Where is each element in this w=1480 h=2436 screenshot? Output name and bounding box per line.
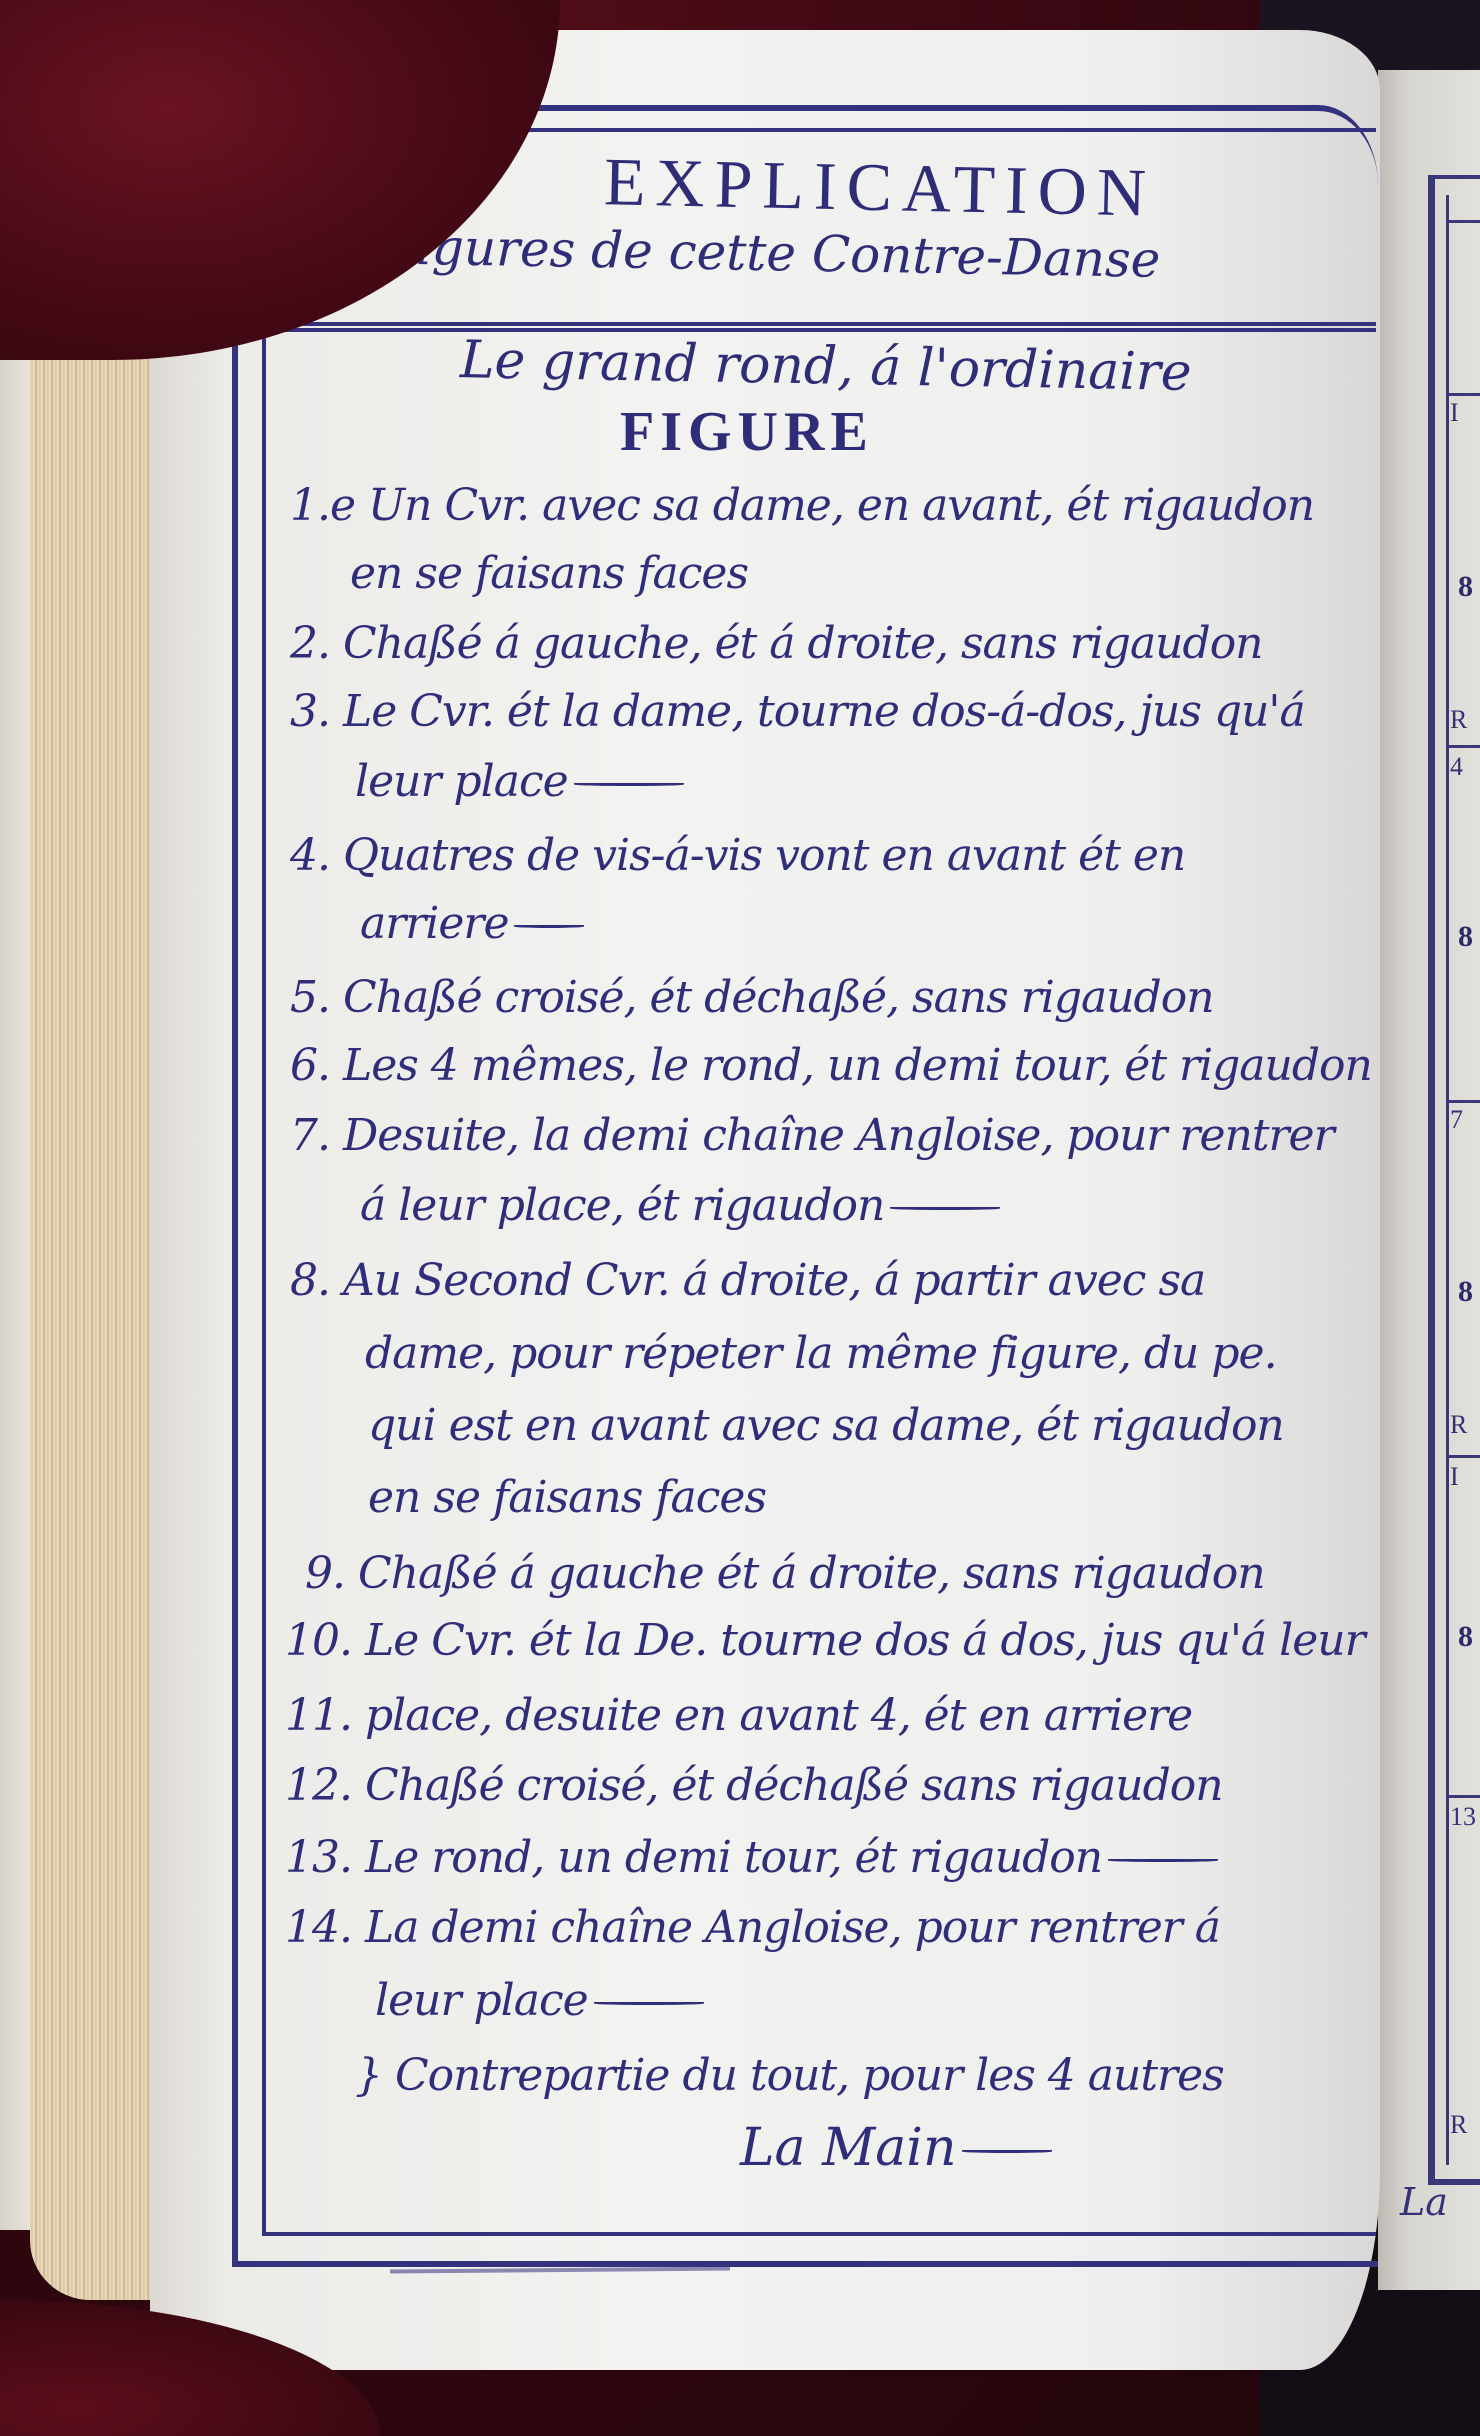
section-heading: FIGURE: [620, 400, 1020, 464]
list-item: dame, pour répeter la même figure, du pe…: [365, 1328, 1277, 1379]
facing-cell-label: 4: [1450, 752, 1463, 782]
closing-line: La Main: [740, 2118, 1052, 2178]
facing-cell-label: I: [1450, 398, 1459, 428]
list-item: } Contrepartie du tout, pour les 4 autre…: [355, 2050, 1224, 2101]
facing-cell-label: I: [1450, 1462, 1459, 1492]
list-item: arriere: [360, 898, 584, 949]
dancer-figure-icon: 8: [1458, 1620, 1473, 1654]
facing-page-cell-divider: [1446, 1100, 1480, 1103]
list-item: 12. Chaßé croisé, ét déchaßé sans rigaud…: [285, 1760, 1223, 1811]
list-item: en se faisans faces: [350, 548, 748, 599]
list-item: 13. Le rond, un demi tour, ét rigaudon: [285, 1832, 1218, 1883]
list-item: 5. Chaßé croisé, ét déchaßé, sans rigaud…: [290, 972, 1214, 1023]
list-item: 1.e Un Cvr. avec sa dame, en avant, ét r…: [290, 480, 1314, 531]
list-item: leur place: [375, 1975, 704, 2026]
facing-page-cell-divider: [1446, 1455, 1480, 1458]
list-item: 2. Chaßé á gauche, ét á droite, sans rig…: [290, 618, 1263, 669]
list-item: 8. Au Second Cvr. á droite, á partir ave…: [290, 1255, 1205, 1306]
dancer-figure-icon: 8: [1458, 920, 1473, 954]
facing-page-cell-divider: [1446, 1795, 1480, 1798]
facing-cell-label: R: [1450, 705, 1467, 735]
facing-page-inner-frame: [1446, 195, 1480, 2165]
facing-cell-label: 13: [1450, 1802, 1476, 1832]
list-item: 11. place, desuite en avant 4, ét en arr…: [285, 1690, 1192, 1741]
list-item: en se faisans faces: [368, 1472, 766, 1523]
dancer-figure-icon: 8: [1458, 570, 1473, 604]
list-item: 3. Le Cvr. ét la dame, tourne dos-á-dos,…: [290, 686, 1305, 737]
list-item: á leur place, ét rigaudon: [360, 1180, 1000, 1231]
list-item: leur place: [355, 756, 684, 807]
facing-cell-label: R: [1450, 1410, 1467, 1440]
facing-page-bottom-word: La: [1400, 2180, 1448, 2224]
list-item: 10. Le Cvr. ét la De. tourne dos á dos, …: [285, 1615, 1365, 1666]
list-item: 14. La demi chaîne Angloise, pour rentre…: [285, 1902, 1220, 1953]
facing-cell-label: R: [1450, 2110, 1467, 2140]
list-item: 6. Les 4 mêmes, le rond, un demi tour, é…: [290, 1040, 1372, 1091]
facing-cell-label: 7: [1450, 1105, 1463, 1135]
facing-page-cell-divider: [1446, 745, 1480, 748]
list-item: 4. Quatres de vis-á-vis vont en avant ét…: [290, 830, 1185, 881]
list-item: 9. Chaßé á gauche ét á droite, sans riga…: [305, 1548, 1265, 1599]
list-item: 7. Desuite, la demi chaîne Angloise, pou…: [290, 1110, 1334, 1161]
facing-page-header-cell: [1446, 220, 1480, 396]
dancer-figure-icon: 8: [1458, 1275, 1473, 1309]
list-item: qui est en avant avec sa dame, ét rigaud…: [368, 1400, 1284, 1451]
